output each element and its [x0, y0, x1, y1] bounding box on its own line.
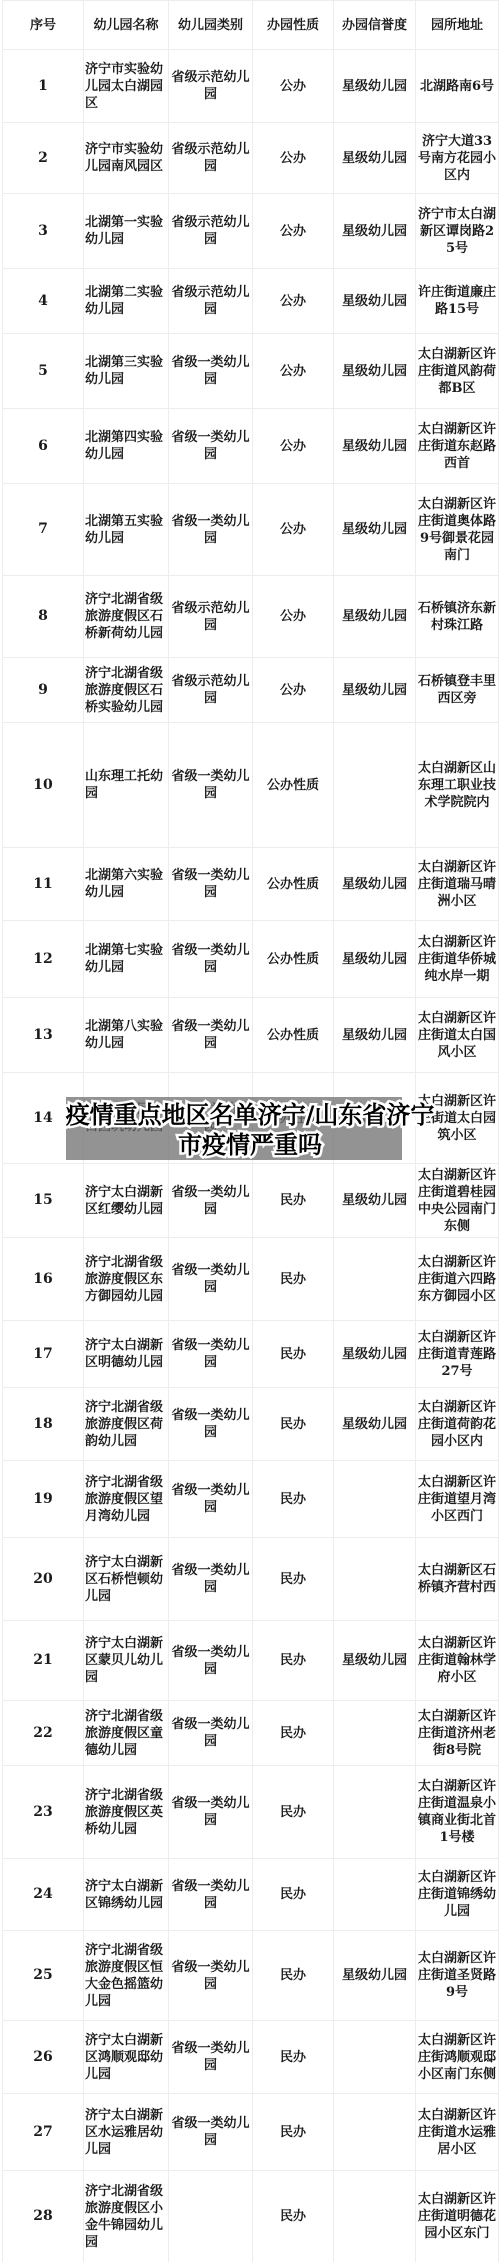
cell-name: 济宁太白湖新区蒙贝儿幼儿园 [84, 1621, 169, 1701]
cell-serial: 19 [3, 1461, 84, 1538]
cell-address: 太白湖新区许庄街道六四路东方御园小区 [416, 1238, 499, 1321]
cell-nature: 公办 [253, 484, 334, 576]
cell-serial: 25 [3, 1931, 84, 2021]
cell-name: 济宁北湖省级旅游度假区荷韵幼儿园 [84, 1388, 169, 1461]
table-row: 9 济宁北湖省级旅游度假区石桥实验幼儿园 省级示范幼儿园 公办 星级幼儿园 石桥… [3, 658, 499, 723]
cell-reputation [334, 1859, 416, 1931]
cell-name: 北湖第五实验幼儿园 [84, 484, 169, 576]
watermark-line-2: 市疫情严重吗 [38, 1130, 462, 1160]
cell-category: 省级示范幼儿园 [169, 269, 253, 334]
cell-reputation: 星级幼儿园 [334, 576, 416, 658]
table-row: 25 济宁北湖省级旅游度假区恒大金色摇篮幼儿园 省级一类幼儿园 民办 星级幼儿园… [3, 1931, 499, 2021]
cell-nature: 民办 [253, 1931, 334, 2021]
header-row: 序号 幼儿园名称 幼儿园类别 办园性质 办园信誉度 园所地址 [3, 1, 499, 50]
cell-category: 省级一类幼儿园 [169, 2094, 253, 2171]
cell-address: 太白湖新区石桥镇齐营村西 [416, 1538, 499, 1621]
cell-address: 太白湖新区许庄街道温泉小镇商业街北首1号楼 [416, 1766, 499, 1859]
cell-address: 太白湖新区许庄街道风韵荷都B区 [416, 334, 499, 409]
cell-category: 省级一类幼儿园 [169, 723, 253, 848]
table-row: 23 济宁北湖省级旅游度假区英桥幼儿园 省级一类幼儿园 民办 太白湖新区许庄街道… [3, 1766, 499, 1859]
watermark-text: 疫情重点地区名单济宁/山东省济宁 市疫情严重吗 [38, 1100, 462, 1160]
cell-name: 北湖第三实验幼儿园 [84, 334, 169, 409]
cell-serial: 8 [3, 576, 84, 658]
cell-reputation: 星级幼儿园 [334, 50, 416, 123]
table-row: 17 济宁太白湖新区明德幼儿园 省级一类幼儿园 民办 星级幼儿园 太白湖新区许庄… [3, 1321, 499, 1388]
cell-reputation: 星级幼儿园 [334, 921, 416, 998]
cell-nature: 民办 [253, 1859, 334, 1931]
cell-category: 省级一类幼儿园 [169, 334, 253, 409]
cell-address: 太白湖新区许庄街道水运雅居小区 [416, 2094, 499, 2171]
cell-nature: 民办 [253, 1621, 334, 1701]
cell-reputation [334, 1538, 416, 1621]
cell-nature: 公办性质 [253, 998, 334, 1073]
cell-serial: 28 [3, 2171, 84, 2262]
cell-name: 北湖第六实验幼儿园 [84, 848, 169, 921]
cell-name: 北湖第七实验幼儿园 [84, 921, 169, 998]
table-row: 11 北湖第六实验幼儿园 省级一类幼儿园 公办性质 星级幼儿园 太白湖新区许庄街… [3, 848, 499, 921]
cell-name: 济宁太白湖新区水运雅居幼儿园 [84, 2094, 169, 2171]
cell-category: 省级一类幼儿园 [169, 1538, 253, 1621]
table-row: 16 济宁北湖省级旅游度假区东方御园幼儿园 省级一类幼儿园 民办 太白湖新区许庄… [3, 1238, 499, 1321]
cell-category: 省级一类幼儿园 [169, 848, 253, 921]
cell-serial: 7 [3, 484, 84, 576]
cell-address: 太白湖新区许庄街道翰林学府小区 [416, 1621, 499, 1701]
cell-address: 济宁大道33号南方花园小区内 [416, 123, 499, 194]
cell-serial: 13 [3, 998, 84, 1073]
cell-reputation: 星级幼儿园 [334, 658, 416, 723]
column-header-category: 幼儿园类别 [169, 1, 253, 50]
cell-address: 石桥镇济东新村珠江路 [416, 576, 499, 658]
cell-address: 太白湖新区许庄街道济州老街8号院 [416, 1701, 499, 1766]
cell-reputation [334, 2021, 416, 2094]
cell-address: 太白湖新区许庄街道东赵路西首 [416, 409, 499, 484]
cell-address: 太白湖新区许庄街道太白国风小区 [416, 998, 499, 1073]
cell-nature: 民办 [253, 1321, 334, 1388]
cell-address: 许庄街道廉庄路15号 [416, 269, 499, 334]
cell-reputation: 星级幼儿园 [334, 1321, 416, 1388]
cell-serial: 27 [3, 2094, 84, 2171]
table-row: 12 北湖第七实验幼儿园 省级一类幼儿园 公办性质 星级幼儿园 太白湖新区许庄街… [3, 921, 499, 998]
cell-reputation [334, 723, 416, 848]
cell-nature: 公办 [253, 269, 334, 334]
cell-reputation: 星级幼儿园 [334, 334, 416, 409]
cell-nature: 民办 [253, 1701, 334, 1766]
cell-category: 省级示范幼儿园 [169, 194, 253, 269]
cell-address: 太白湖新区许庄街道奥体路9号御景花园南门 [416, 484, 499, 576]
column-header-address: 园所地址 [416, 1, 499, 50]
cell-category: 省级示范幼儿园 [169, 658, 253, 723]
cell-category: 省级一类幼儿园 [169, 1931, 253, 2021]
table-row: 20 济宁太白湖新区石桥恺顿幼儿园 省级一类幼儿园 民办 太白湖新区石桥镇齐营村… [3, 1538, 499, 1621]
cell-address: 太白湖新区山东理工职业技术学院院内 [416, 723, 499, 848]
table-row: 1 济宁市实验幼儿园太白湖园区 省级示范幼儿园 公办 星级幼儿园 北湖路南6号 [3, 50, 499, 123]
cell-serial: 1 [3, 50, 84, 123]
table-row: 6 北湖第四实验幼儿园 省级一类幼儿园 公办 星级幼儿园 太白湖新区许庄街道东赵… [3, 409, 499, 484]
cell-reputation: 星级幼儿园 [334, 998, 416, 1073]
cell-address: 北湖路南6号 [416, 50, 499, 123]
cell-name: 济宁北湖省级旅游度假区恒大金色摇篮幼儿园 [84, 1931, 169, 2021]
cell-reputation: 星级幼儿园 [334, 1164, 416, 1238]
cell-reputation [334, 1701, 416, 1766]
cell-address: 太白湖新区许庄街道望月湾小区西门 [416, 1461, 499, 1538]
table-row: 19 济宁北湖省级旅游度假区望月湾幼儿园 省级一类幼儿园 民办 太白湖新区许庄街… [3, 1461, 499, 1538]
cell-address: 太白湖新区许庄街道碧桂园中央公园南门东侧 [416, 1164, 499, 1238]
cell-nature: 民办 [253, 2171, 334, 2262]
cell-name: 济宁太白湖新区石桥恺顿幼儿园 [84, 1538, 169, 1621]
cell-name: 济宁北湖省级旅游度假区英桥幼儿园 [84, 1766, 169, 1859]
cell-category: 省级示范幼儿园 [169, 50, 253, 123]
cell-category: 省级一类幼儿园 [169, 409, 253, 484]
cell-reputation: 星级幼儿园 [334, 194, 416, 269]
table-row: 21 济宁太白湖新区蒙贝儿幼儿园 省级一类幼儿园 民办 星级幼儿园 太白湖新区许… [3, 1621, 499, 1701]
cell-serial: 18 [3, 1388, 84, 1461]
cell-nature: 民办 [253, 2021, 334, 2094]
cell-nature: 公办 [253, 576, 334, 658]
cell-nature: 公办性质 [253, 921, 334, 998]
cell-serial: 22 [3, 1701, 84, 1766]
cell-nature: 公办 [253, 123, 334, 194]
cell-nature: 公办 [253, 658, 334, 723]
cell-category: 省级一类幼儿园 [169, 1238, 253, 1321]
cell-nature: 公办性质 [253, 723, 334, 848]
cell-serial: 21 [3, 1621, 84, 1701]
cell-category: 省级示范幼儿园 [169, 576, 253, 658]
cell-category: 省级一类幼儿园 [169, 1621, 253, 1701]
article-page: 序号 幼儿园名称 幼儿园类别 办园性质 办园信誉度 园所地址 1 济宁市实验幼儿… [0, 0, 500, 2262]
cell-address: 太白湖新区许庄街道圣贤路9号 [416, 1931, 499, 2021]
cell-nature: 公办 [253, 334, 334, 409]
cell-serial: 15 [3, 1164, 84, 1238]
column-header-reputation: 办园信誉度 [334, 1, 416, 50]
cell-category: 省级一类幼儿园 [169, 921, 253, 998]
cell-name: 济宁太白湖新区明德幼儿园 [84, 1321, 169, 1388]
cell-name: 北湖第八实验幼儿园 [84, 998, 169, 1073]
cell-nature: 民办 [253, 1164, 334, 1238]
column-header-serial: 序号 [3, 1, 84, 50]
cell-nature: 公办 [253, 50, 334, 123]
cell-serial: 20 [3, 1538, 84, 1621]
cell-serial: 6 [3, 409, 84, 484]
table-row: 28 济宁北湖省级旅游度假区小金牛锦园幼儿园 民办 太白湖新区许庄街道明德花园小… [3, 2171, 499, 2262]
cell-category: 省级一类幼儿园 [169, 1321, 253, 1388]
cell-serial: 16 [3, 1238, 84, 1321]
cell-nature: 民办 [253, 1538, 334, 1621]
cell-address: 太白湖新区许庄街道锦绣幼儿园 [416, 1859, 499, 1931]
table-row: 10 山东理工托幼园 省级一类幼儿园 公办性质 太白湖新区山东理工职业技术学院院… [3, 723, 499, 848]
cell-category: 省级示范幼儿园 [169, 123, 253, 194]
cell-reputation [334, 1238, 416, 1321]
table-row: 8 济宁北湖省级旅游度假区石桥新荷幼儿园 省级示范幼儿园 公办 星级幼儿园 石桥… [3, 576, 499, 658]
cell-category: 省级一类幼儿园 [169, 484, 253, 576]
cell-nature: 民办 [253, 1766, 334, 1859]
table-row: 22 济宁北湖省级旅游度假区童德幼儿园 省级一类幼儿园 民办 太白湖新区许庄街道… [3, 1701, 499, 1766]
cell-name: 济宁北湖省级旅游度假区小金牛锦园幼儿园 [84, 2171, 169, 2262]
cell-nature: 民办 [253, 1238, 334, 1321]
table-row: 13 北湖第八实验幼儿园 省级一类幼儿园 公办性质 星级幼儿园 太白湖新区许庄街… [3, 998, 499, 1073]
cell-category: 省级一类幼儿园 [169, 1766, 253, 1859]
cell-serial: 11 [3, 848, 84, 921]
cell-reputation: 星级幼儿园 [334, 484, 416, 576]
cell-reputation [334, 1461, 416, 1538]
cell-reputation: 星级幼儿园 [334, 123, 416, 194]
table-row: 15 济宁太白湖新区红缨幼儿园 省级一类幼儿园 民办 星级幼儿园 太白湖新区许庄… [3, 1164, 499, 1238]
cell-serial: 2 [3, 123, 84, 194]
cell-category: 省级一类幼儿园 [169, 1164, 253, 1238]
table-row: 24 济宁太白湖新区锦绣幼儿园 省级一类幼儿园 民办 太白湖新区许庄街道锦绣幼儿… [3, 1859, 499, 1931]
cell-reputation: 星级幼儿园 [334, 1621, 416, 1701]
table-row: 7 北湖第五实验幼儿园 省级一类幼儿园 公办 星级幼儿园 太白湖新区许庄街道奥体… [3, 484, 499, 576]
cell-reputation [334, 2171, 416, 2262]
cell-category: 省级一类幼儿园 [169, 1701, 253, 1766]
cell-nature: 民办 [253, 2094, 334, 2171]
cell-serial: 9 [3, 658, 84, 723]
cell-category: 省级一类幼儿园 [169, 998, 253, 1073]
cell-name: 北湖第四实验幼儿园 [84, 409, 169, 484]
cell-address: 太白湖新区许庄街鸿顺观邸小区南门东侧 [416, 2021, 499, 2094]
cell-category [169, 2171, 253, 2262]
cell-reputation: 星级幼儿园 [334, 848, 416, 921]
cell-name: 济宁北湖省级旅游度假区石桥新荷幼儿园 [84, 576, 169, 658]
table-row: 5 北湖第三实验幼儿园 省级一类幼儿园 公办 星级幼儿园 太白湖新区许庄街道风韵… [3, 334, 499, 409]
cell-serial: 12 [3, 921, 84, 998]
cell-address: 太白湖新区许庄街道荷韵花园小区内 [416, 1388, 499, 1461]
cell-category: 省级一类幼儿园 [169, 1461, 253, 1538]
cell-category: 省级一类幼儿园 [169, 1859, 253, 1931]
cell-nature: 公办 [253, 409, 334, 484]
column-header-name: 幼儿园名称 [84, 1, 169, 50]
cell-serial: 23 [3, 1766, 84, 1859]
cell-address: 太白湖新区许庄街道华侨城纯水岸一期 [416, 921, 499, 998]
cell-name: 济宁北湖省级旅游度假区石桥实验幼儿园 [84, 658, 169, 723]
cell-serial: 26 [3, 2021, 84, 2094]
cell-reputation: 星级幼儿园 [334, 1931, 416, 2021]
cell-address: 太白湖新区许庄街道瑞马晴洲小区 [416, 848, 499, 921]
cell-address: 太白湖新区许庄街道明德花园小区东门 [416, 2171, 499, 2262]
column-header-nature: 办园性质 [253, 1, 334, 50]
cell-serial: 3 [3, 194, 84, 269]
cell-name: 济宁市实验幼儿园太白湖园区 [84, 50, 169, 123]
cell-name: 济宁太白湖新区锦绣幼儿园 [84, 1859, 169, 1931]
cell-nature: 公办 [253, 194, 334, 269]
cell-category: 省级一类幼儿园 [169, 2021, 253, 2094]
table-row: 2 济宁市实验幼儿园南风园区 省级示范幼儿园 公办 星级幼儿园 济宁大道33号南… [3, 123, 499, 194]
cell-name: 北湖第一实验幼儿园 [84, 194, 169, 269]
table-row: 4 北湖第二实验幼儿园 省级示范幼儿园 公办 星级幼儿园 许庄街道廉庄路15号 [3, 269, 499, 334]
cell-serial: 24 [3, 1859, 84, 1931]
cell-address: 太白湖新区许庄街道青莲路27号 [416, 1321, 499, 1388]
table-row: 3 北湖第一实验幼儿园 省级示范幼儿园 公办 星级幼儿园 济宁市太白湖新区谭岗路… [3, 194, 499, 269]
cell-serial: 4 [3, 269, 84, 334]
cell-serial: 10 [3, 723, 84, 848]
cell-reputation: 星级幼儿园 [334, 269, 416, 334]
table-row: 26 济宁太白湖新区鸿顺观邸幼儿园 省级一类幼儿园 民办 太白湖新区许庄街鸿顺观… [3, 2021, 499, 2094]
cell-address: 济宁市太白湖新区谭岗路25号 [416, 194, 499, 269]
cell-reputation: 星级幼儿园 [334, 409, 416, 484]
table-row: 18 济宁北湖省级旅游度假区荷韵幼儿园 省级一类幼儿园 民办 星级幼儿园 太白湖… [3, 1388, 499, 1461]
cell-nature: 公办性质 [253, 848, 334, 921]
cell-reputation: 星级幼儿园 [334, 1388, 416, 1461]
cell-name: 济宁北湖省级旅游度假区望月湾幼儿园 [84, 1461, 169, 1538]
cell-nature: 民办 [253, 1461, 334, 1538]
cell-reputation [334, 1766, 416, 1859]
cell-name: 济宁市实验幼儿园南风园区 [84, 123, 169, 194]
cell-name: 北湖第二实验幼儿园 [84, 269, 169, 334]
cell-name: 济宁太白湖新区红缨幼儿园 [84, 1164, 169, 1238]
cell-name: 济宁太白湖新区鸿顺观邸幼儿园 [84, 2021, 169, 2094]
cell-name: 济宁北湖省级旅游度假区东方御园幼儿园 [84, 1238, 169, 1321]
watermark-line-1: 疫情重点地区名单济宁/山东省济宁 [38, 1100, 462, 1130]
cell-reputation [334, 2094, 416, 2171]
table-row: 27 济宁太白湖新区水运雅居幼儿园 省级一类幼儿园 民办 太白湖新区许庄街道水运… [3, 2094, 499, 2171]
cell-nature: 民办 [253, 1388, 334, 1461]
cell-serial: 5 [3, 334, 84, 409]
cell-address: 石桥镇登丰里西区旁 [416, 658, 499, 723]
cell-name: 山东理工托幼园 [84, 723, 169, 848]
cell-serial: 17 [3, 1321, 84, 1388]
cell-name: 济宁北湖省级旅游度假区童德幼儿园 [84, 1701, 169, 1766]
cell-category: 省级一类幼儿园 [169, 1388, 253, 1461]
